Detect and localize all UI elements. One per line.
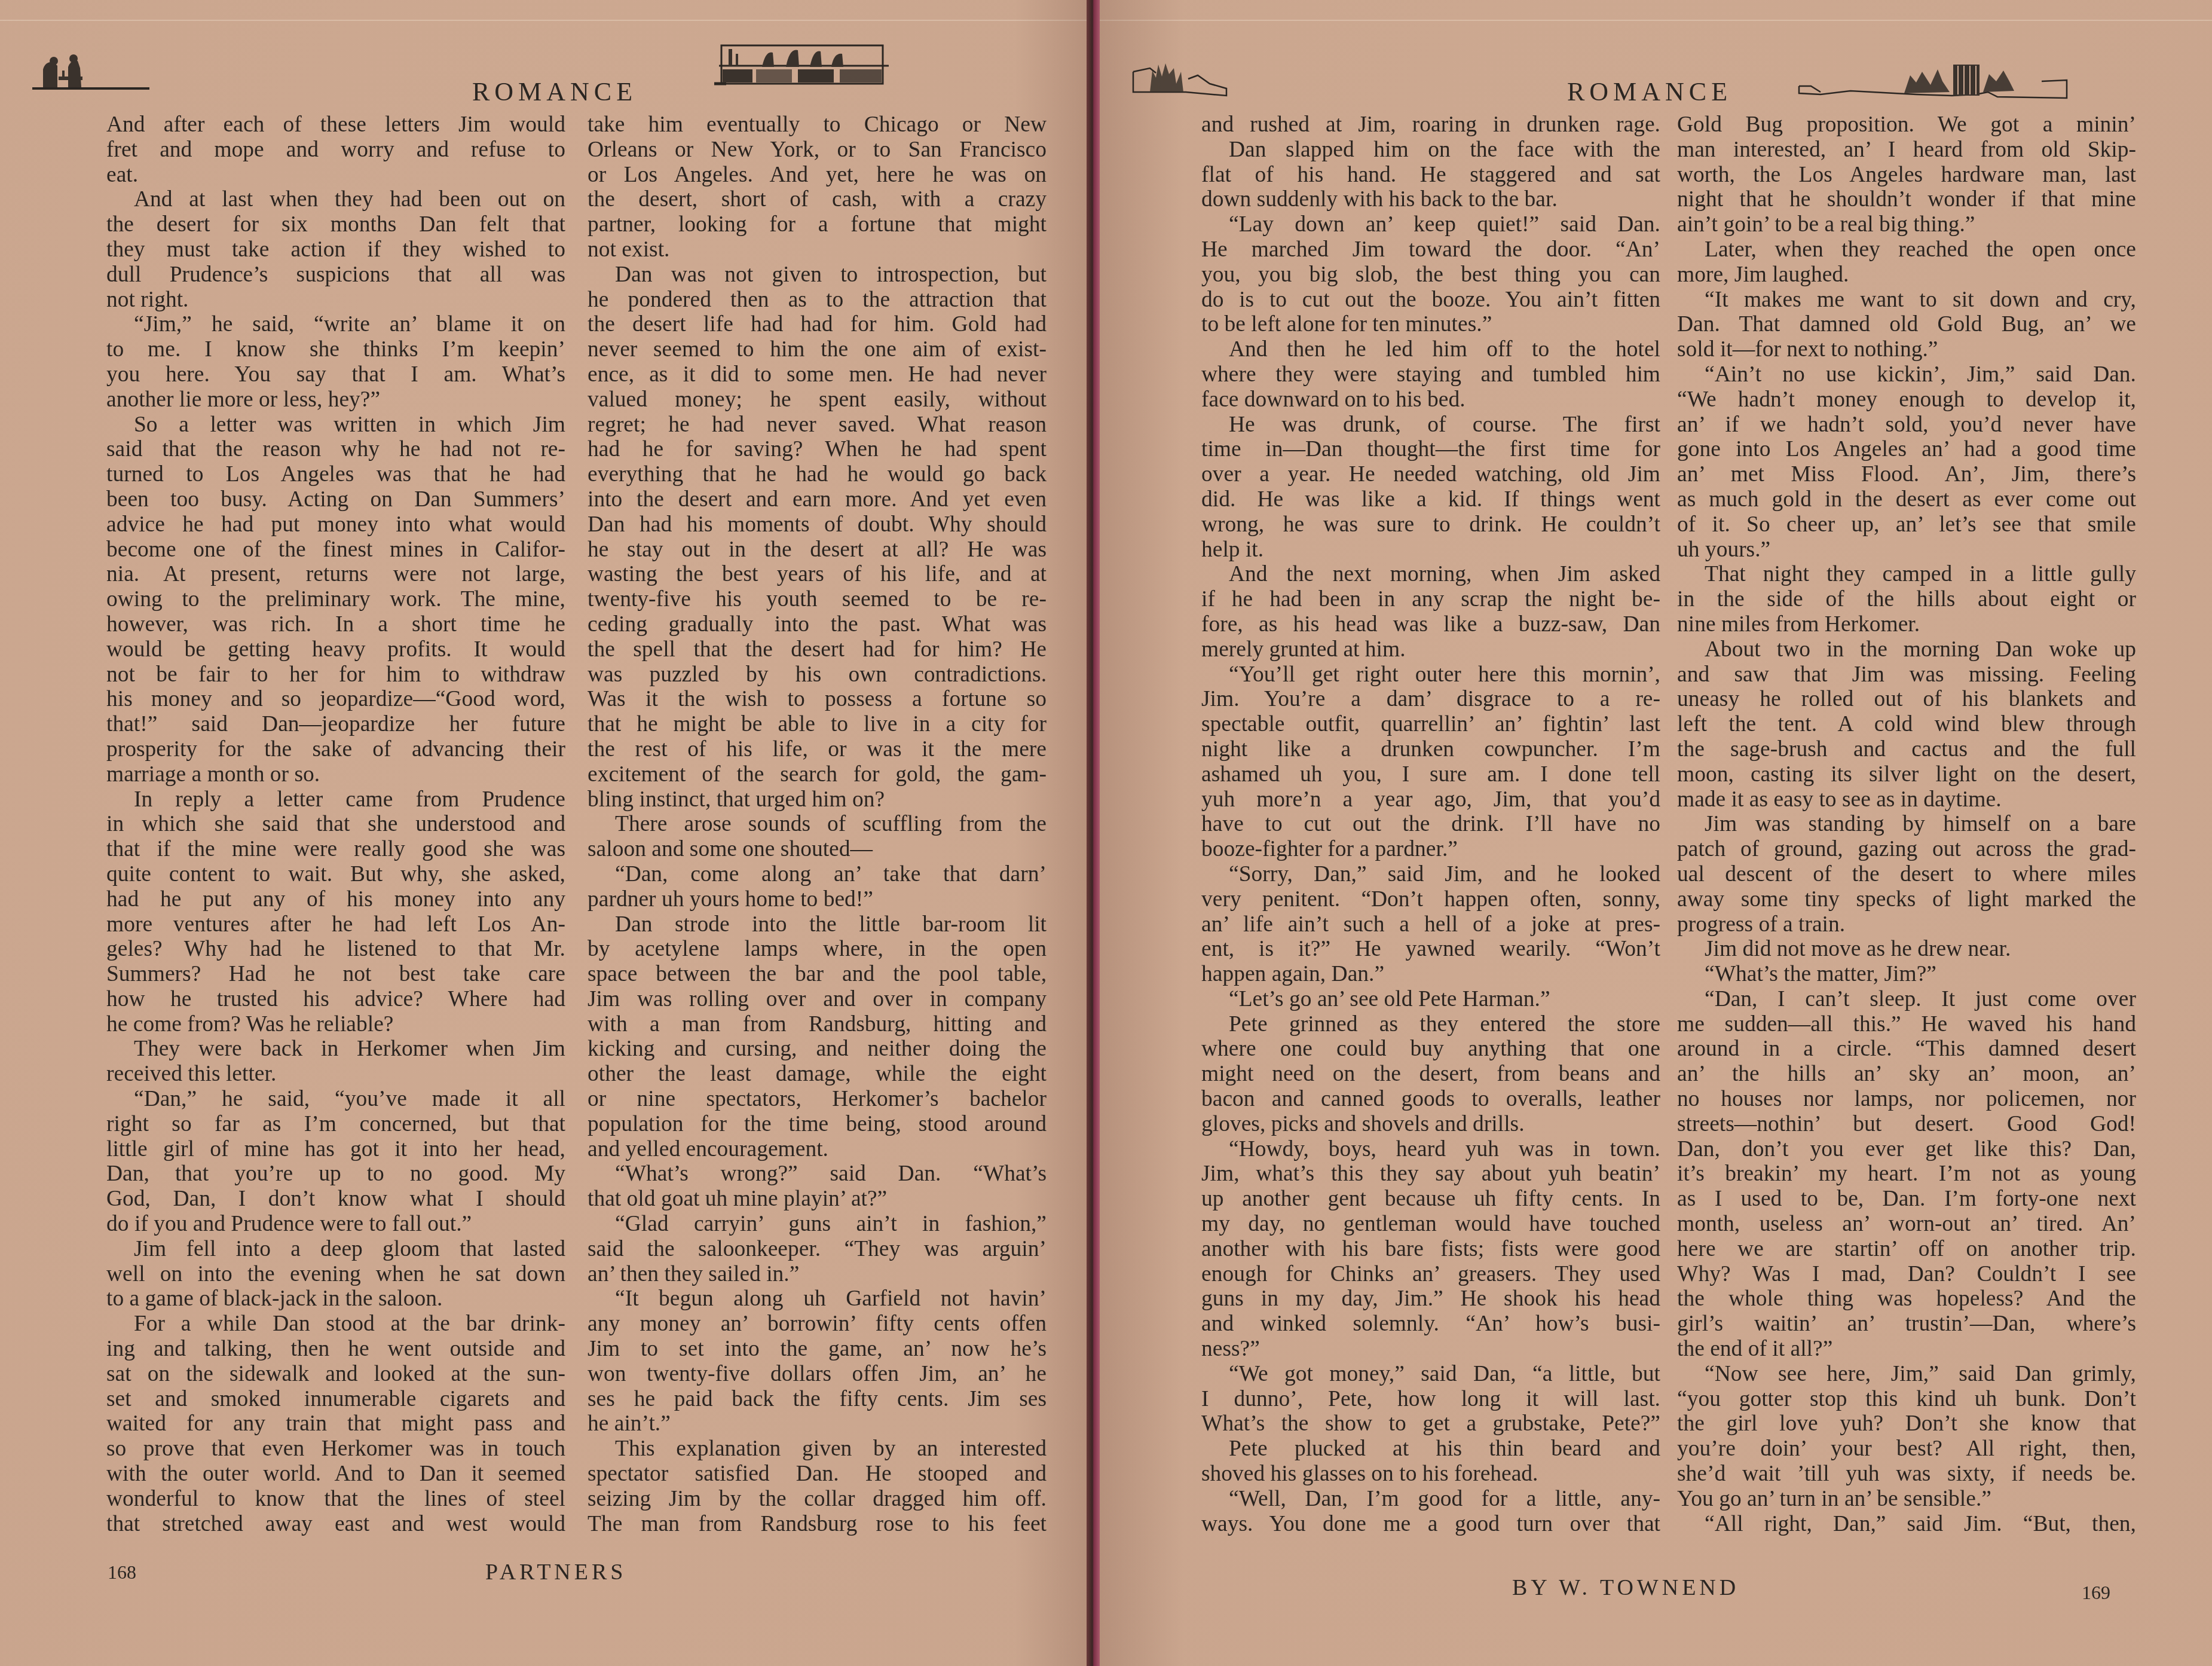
text-line: Orleans or New York, or to San Francisco — [588, 137, 1047, 163]
text-line: me sudden—all this.” He waved his hand — [1677, 1012, 2136, 1037]
text-line: in which she said that she understood an… — [106, 812, 565, 837]
text-line: and winked solemnly. “An’ how’s busi- — [1201, 1312, 1660, 1337]
text-line: everything that he had he would go back — [588, 462, 1047, 487]
text-line: The man from Randsburg rose to his feet — [588, 1512, 1047, 1537]
text-line: had he for saving? When he had spent — [588, 437, 1047, 462]
text-line: Pete plucked at his thin beard and — [1201, 1436, 1660, 1462]
text-line: And at last when they had been out on — [106, 187, 565, 212]
text-line: Dan, that you’re up to no good. My — [106, 1161, 565, 1187]
text-line: up another gent because uh fifty cents. … — [1201, 1187, 1660, 1212]
text-line: they must take action if they wished to — [106, 237, 565, 262]
text-line: guns in my day, Jim.” He shook his head — [1201, 1286, 1660, 1312]
text-line: Summers? Had he not best take care — [106, 962, 565, 987]
text-line: night that he shouldn’t wonder if that m… — [1677, 187, 2136, 212]
text-line: “Dan, I can’t sleep. It just come over — [1677, 987, 2136, 1012]
text-line: month, useless an’ worn-out an’ tired. A… — [1677, 1212, 2136, 1237]
text-line: He was drunk, of course. The first — [1201, 412, 1660, 438]
card-players-illustration-icon — [30, 45, 281, 93]
text-line: you’re doin’ your best? All right, then, — [1677, 1436, 2136, 1462]
text-line: set and smoked innumerable cigarets and — [106, 1387, 565, 1412]
text-line: wasting the best years of his life, and … — [588, 562, 1047, 587]
text-line: marriage a month or so. — [106, 762, 565, 787]
text-line: “you gotter stop this kind uh bunk. Don’… — [1677, 1387, 2136, 1412]
text-line: to a game of black-jack in the saloon. — [106, 1286, 565, 1312]
text-line: would be getting heavy profits. It would — [106, 637, 565, 662]
text-line: the rest of his life, or was it the mere — [588, 737, 1047, 762]
text-line: was puzzled by his own contradictions. — [588, 662, 1047, 687]
text-line: more, Jim laughed. — [1677, 262, 2136, 288]
text-line: the whole thing was hopeless? And the — [1677, 1286, 2136, 1312]
text-line: an’ the hills an’ sky an’ moon, an’ — [1677, 1062, 2136, 1087]
text-line: the desert for six months Dan felt that — [106, 212, 565, 237]
text-line: That night they camped in a little gully — [1677, 562, 2136, 587]
text-line: not be fair to her for him to withdraw — [106, 662, 565, 687]
text-line: Dan, don’t you ever get like this? Dan, — [1677, 1137, 2136, 1162]
text-line: ness?” — [1201, 1337, 1660, 1362]
text-line: another with his bare fists; fists were … — [1201, 1237, 1660, 1262]
text-line: “Glad carryin’ guns ain’t in fashion,” — [588, 1212, 1047, 1237]
right-running-header: ROMANCE — [1100, 55, 2212, 106]
text-line: dull Prudence’s suspicions that all was — [106, 262, 565, 288]
text-line: Jim was rolling over and over in company — [588, 987, 1047, 1012]
text-line: little girl of mine has got it into her … — [106, 1137, 565, 1162]
text-line: and saw that Jim was missing. Feeling — [1677, 662, 2136, 687]
text-line: and rushed at Jim, roaring in drunken ra… — [1201, 112, 1660, 137]
left-running-header: ROMANCE — [0, 55, 1087, 106]
text-line: the end of it all?” — [1677, 1337, 2136, 1362]
text-line: streets—nothin’ but desert. Good God! — [1677, 1112, 2136, 1137]
text-line: so prove that even Herkomer was in touch — [106, 1436, 565, 1462]
text-line: waited for any train that might pass and — [106, 1411, 565, 1436]
text-line: space between the bar and the pool table… — [588, 962, 1047, 987]
text-line: eat. — [106, 163, 565, 188]
text-line: the desert life had had for him. Gold ha… — [588, 312, 1047, 337]
text-line: Jim did not move as he drew near. — [1677, 937, 2136, 962]
desert-brush-illustration-icon — [1132, 60, 1228, 99]
text-line: “Dan, come along an’ take that darn’ — [588, 862, 1047, 887]
text-line: You go an’ turn in an’ be sensible.” — [1677, 1487, 2136, 1512]
left-page-column-2: take him eventually to Chicago or NewOrl… — [588, 112, 1047, 1536]
text-line: He marched Jim toward the door. “An’ — [1201, 237, 1660, 262]
text-line: booze-fighter for a pardner.” — [1201, 837, 1660, 862]
text-line: geles? Why had he listened to that Mr. — [106, 937, 565, 962]
text-line: flat of his hand. He staggered and sat — [1201, 163, 1660, 188]
footer-byline: BY W. TOWNEND — [1512, 1575, 1739, 1601]
page-number: 169 — [2082, 1582, 2110, 1604]
text-line: away some tiny specks of light marked th… — [1677, 887, 2136, 912]
text-line: Dan slapped him on the face with the — [1201, 137, 1660, 163]
text-line: that if the mine were really good she wa… — [106, 837, 565, 862]
text-line: he ain’t.” — [588, 1411, 1047, 1436]
text-line: ways. You done me a good turn over that — [1201, 1512, 1660, 1537]
text-line: moon, casting its silver light on the de… — [1677, 762, 2136, 787]
text-line: fret and mope and worry and refuse to — [106, 137, 565, 163]
page-crease — [0, 20, 1087, 21]
text-line: an’ met Miss Flood. An’, Jim, there’s — [1677, 462, 2136, 487]
text-line: the spell that the desert had for him? H… — [588, 637, 1047, 662]
text-line: he stay out in the desert at all? He was — [588, 537, 1047, 563]
text-line: twenty-five his youth seemed to be re- — [588, 587, 1047, 612]
text-line: Later, when they reached the open once — [1677, 237, 2136, 262]
text-line: do if you and Prudence were to fall out.… — [106, 1212, 565, 1237]
text-line: into the desert and earn more. And yet e… — [588, 487, 1047, 512]
text-line: where one could buy anything that one — [1201, 1037, 1660, 1062]
running-head: ROMANCE — [1567, 77, 1732, 107]
text-line: Was it the wish to possess a fortune so — [588, 687, 1047, 712]
text-line: do is to cut out the booze. You ain’t fi… — [1201, 288, 1660, 313]
text-line: have to cut out the drink. I’ll have no — [1201, 812, 1660, 837]
text-line: They were back in Herkomer when Jim — [106, 1037, 565, 1062]
text-line: Dan strode into the little bar-room lit — [588, 912, 1047, 937]
text-line: if he had been in any scrap the night be… — [1201, 587, 1660, 612]
text-line: made it as easy to see as in daytime. — [1677, 787, 2136, 812]
text-line: “We got money,” said Dan, “a little, but — [1201, 1362, 1660, 1387]
text-line: been too busy. Acting on Dan Summers’ — [106, 487, 565, 512]
text-line: excitement of the search for gold, the g… — [588, 762, 1047, 787]
gutter-shadow — [1100, 0, 1183, 1666]
text-line: sold it—for next to nothing.” — [1677, 337, 2136, 362]
text-line: Jim fell into a deep gloom that lasted — [106, 1237, 565, 1262]
text-line: saloon and some one shouted— — [588, 837, 1047, 862]
text-line: “What’s wrong?” said Dan. “What’s — [588, 1161, 1047, 1187]
text-line: he pondered then as to the attraction th… — [588, 288, 1047, 313]
right-page-column-1: and rushed at Jim, roaring in drunken ra… — [1201, 112, 1660, 1536]
text-line: kicking and cursing, and neither doing t… — [588, 1037, 1047, 1062]
text-line: left the tent. A cold wind blew through — [1677, 712, 2136, 737]
text-line: in the side of the hills about eight or — [1677, 587, 2136, 612]
text-line: I dunno’, Pete, how long it will last. — [1201, 1387, 1660, 1412]
text-line: face downward on to his bed. — [1201, 387, 1660, 412]
text-line: an’ if we hadn’t sold, you’d never have — [1677, 412, 2136, 438]
text-line: my day, no gentleman would have touched — [1201, 1212, 1660, 1237]
text-line: down suddenly with his back to the bar. — [1201, 187, 1660, 212]
text-line: regret; he had never saved. What reason — [588, 412, 1047, 438]
text-line: nine miles from Herkomer. — [1677, 612, 2136, 637]
text-line: “You’ll get right outer here this mornin… — [1201, 662, 1660, 687]
text-line: ence, as it did to some men. He had neve… — [588, 362, 1047, 387]
text-line: pardner uh yours home to bed!” — [588, 887, 1047, 912]
text-line: as much gold in the desert as ever come … — [1677, 487, 2136, 512]
text-line: merely grunted at him. — [1201, 637, 1660, 662]
text-line: not exist. — [588, 237, 1047, 262]
text-line: said that the reason why he had not re- — [106, 437, 565, 462]
text-line: “Now see here, Jim,” said Dan grimly, — [1677, 1362, 2136, 1387]
text-line: she’d wait ’till yuh was sixty, if needs… — [1677, 1462, 2136, 1487]
text-line: not right. — [106, 288, 565, 313]
text-line: bacon and canned goods to overalls, leat… — [1201, 1087, 1660, 1112]
text-line: you, you big slob, the best thing you ca… — [1201, 262, 1660, 288]
text-line: won twenty-five dollars offen Jim, an’ h… — [588, 1362, 1047, 1387]
footer-title: PARTNERS — [485, 1559, 627, 1585]
text-line: around in a circle. “This damned desert — [1677, 1037, 2136, 1062]
text-line: owing to the preliminary work. The mine, — [106, 587, 565, 612]
text-line: received this letter. — [106, 1062, 565, 1087]
text-line: enough for Chinks an’ greasers. They use… — [1201, 1262, 1660, 1287]
text-line: “Lay down an’ keep quiet!” said Dan. — [1201, 212, 1660, 237]
text-line: ing and talking, then he went outside an… — [106, 1337, 565, 1362]
text-line: right so far as I’m concerned, but that — [106, 1112, 565, 1137]
text-line: Jim. You’re a dam’ disgrace to a re- — [1201, 687, 1660, 712]
text-line: never seemed to him the one aim of exist… — [588, 337, 1047, 362]
text-line: “We hadn’t money enough to develop it, — [1677, 387, 2136, 412]
text-line: shoved his glasses on to his forehead. — [1201, 1462, 1660, 1487]
text-line: “Let’s go an’ see old Pete Harman.” — [1201, 987, 1660, 1012]
text-line: partner, looking for a fortune that migh… — [588, 212, 1047, 237]
text-line: patch of ground, gazing out across the g… — [1677, 837, 2136, 862]
text-line: Dan. That damned old Gold Bug, an’ we — [1677, 312, 2136, 337]
text-line: prosperity for the sake of advancing the… — [106, 737, 565, 762]
text-line: fore, as his head was like a buzz-saw, D… — [1201, 612, 1660, 637]
text-line: seizing Jim by the collar dragged him of… — [588, 1487, 1047, 1512]
text-line: And the next morning, when Jim asked — [1201, 562, 1660, 587]
text-line: yuh more’n a year ago, Jim, that you’d — [1201, 787, 1660, 812]
text-line: take him eventually to Chicago or New — [588, 112, 1047, 137]
text-line: uh yours.” — [1677, 537, 2136, 563]
text-line: About two in the morning Dan woke up — [1677, 637, 2136, 662]
text-line: gone into Los Angeles an’ had a good tim… — [1677, 437, 2136, 462]
text-line: the sage-brush and cactus and the full — [1677, 737, 2136, 762]
text-line: how he trusted his advice? Where had — [106, 987, 565, 1012]
text-line: become one of the finest mines in Califo… — [106, 537, 565, 563]
cactus-fence-illustration-icon — [1797, 63, 2072, 99]
text-line: Gold Bug proposition. We got a minin’ — [1677, 112, 2136, 137]
page-crease — [1100, 20, 2212, 21]
text-line: or nine spectators, Herkomer’s bachelor — [588, 1087, 1047, 1112]
left-page: ROMANCE — [0, 0, 1087, 1666]
text-line: an’ life ain’t such a hell of a joke at … — [1201, 912, 1660, 937]
left-page-column-1: And after each of these letters Jim woul… — [106, 112, 565, 1536]
text-line: over a year. He needed watching, old Jim — [1201, 462, 1660, 487]
text-line: Pete grinned as they entered the store — [1201, 1012, 1660, 1037]
text-line: very penitent. “Don’t happen often, sonn… — [1201, 887, 1660, 912]
text-line: God, Dan, I don’t know what I should — [106, 1187, 565, 1212]
text-line: time in—Dan thought—the first time for — [1201, 437, 1660, 462]
text-line: For a while Dan stood at the bar drink- — [106, 1312, 565, 1337]
text-line: ceding gradually into the past. What was — [588, 612, 1047, 637]
text-line: This explanation given by an interested — [588, 1436, 1047, 1462]
text-line: did. He was like a kid. If things went — [1201, 487, 1660, 512]
text-line: any money an’ borrowin’ fifty cents offe… — [588, 1312, 1047, 1337]
text-line: here we are startin’ off on another trip… — [1677, 1237, 2136, 1262]
text-line: or Los Angeles. And yet, here he was on — [588, 163, 1047, 188]
text-line: gloves, picks and shovels and drills. — [1201, 1112, 1660, 1137]
text-line: “Dan,” he said, “you’ve made it all — [106, 1087, 565, 1112]
text-line: So a letter was written in which Jim — [106, 412, 565, 438]
text-line: advice he had put money into what would — [106, 512, 565, 537]
text-line: no houses nor lamps, nor policemen, nor — [1677, 1087, 2136, 1112]
text-line: had he put any of his money into any — [106, 887, 565, 912]
running-head: ROMANCE — [472, 77, 637, 107]
text-line: the girl love yuh? Don’t she know that — [1677, 1411, 2136, 1436]
text-line: population for the time being, stood aro… — [588, 1112, 1047, 1137]
text-line: “Howdy, boys, heard yuh was in town. — [1201, 1137, 1660, 1162]
text-line: said the saloonkeeper. “They was arguin’ — [588, 1237, 1047, 1262]
text-line: as I used to be, Dan. I’m forty-one next — [1677, 1187, 2136, 1212]
text-line: that old goat uh mine playin’ at?” — [588, 1187, 1047, 1212]
text-line: to me. I know she thinks I’m keepin’ — [106, 337, 565, 362]
text-line: happen again, Dan.” — [1201, 962, 1660, 987]
text-line: ashamed uh you, I sure am. I done tell — [1201, 762, 1660, 787]
text-line: man interested, an’ I heard from old Ski… — [1677, 137, 2136, 163]
text-line: There arose sounds of scuffling from the — [588, 812, 1047, 837]
text-line: bling instinct, that urged him on? — [588, 787, 1047, 812]
text-line: you here. You say that I am. What’s — [106, 362, 565, 387]
text-line: that!” said Dan—jeopardize her future — [106, 712, 565, 737]
text-line: that stretched away east and west would — [106, 1512, 565, 1537]
text-line: turned to Los Angeles was that he had — [106, 462, 565, 487]
text-line: girl’s waitin’ an’ trustin’—Dan, where’s — [1677, 1312, 2136, 1337]
text-line: it’s breakin’ my heart. I’m not as young — [1677, 1161, 2136, 1187]
text-line: valued money; he spent easily, without — [588, 387, 1047, 412]
text-line: nia. At present, returns were not large, — [106, 562, 565, 587]
text-line: uneasy he rolled out of his blankets and — [1677, 687, 2136, 712]
text-line: with the outer world. And to Dan it seem… — [106, 1462, 565, 1487]
text-line: night like a drunken cowpuncher. I’m — [1201, 737, 1660, 762]
text-line: by acetylene lamps where, in the open — [588, 937, 1047, 962]
text-line: wonderful to know that the lines of stee… — [106, 1487, 565, 1512]
text-line: the desert, short of cash, with a crazy — [588, 187, 1047, 212]
text-line: his money and so jeopardize—“Good word, — [106, 687, 565, 712]
text-line: other the least damage, while the eight — [588, 1062, 1047, 1087]
text-line: well on into the evening when he sat dow… — [106, 1262, 565, 1287]
text-line: “Jim,” he said, “write an’ blame it on — [106, 312, 565, 337]
text-line: In reply a letter came from Prudence — [106, 787, 565, 812]
text-line: worth, the Los Angeles hardware man, las… — [1677, 163, 2136, 188]
text-line: Why? Was I mad, Dan? Couldn’t I see — [1677, 1262, 2136, 1287]
text-line: another lie more or less, hey?” — [106, 387, 565, 412]
text-line: he come from? Was he reliable? — [106, 1012, 565, 1037]
text-line: Jim to set into the game, an’ now he’s — [588, 1337, 1047, 1362]
text-line: ain’t goin’ to be a real big thing.” — [1677, 212, 2136, 237]
text-line: sat on the sidewalk and looked at the su… — [106, 1362, 565, 1387]
text-line: might need on the desert, from beans and — [1201, 1062, 1660, 1087]
text-line: wrong, he was sure to drink. He couldn’t — [1201, 512, 1660, 537]
text-line: of it. So cheer up, an’ let’s see that s… — [1677, 512, 2136, 537]
text-line: “What’s the matter, Jim?” — [1677, 962, 2136, 987]
book-spine — [1087, 0, 1100, 1666]
text-line: quite content to wait. But why, she aske… — [106, 862, 565, 887]
text-line: to be left alone for ten minutes.” — [1201, 312, 1660, 337]
text-line: an’ then they sailed in.” — [588, 1262, 1047, 1287]
text-line: where they were staying and tumbled him — [1201, 362, 1660, 387]
text-line: Jim was standing by himself on a bare — [1677, 812, 2136, 837]
text-line: and yelled encouragement. — [588, 1137, 1047, 1162]
text-line: Jim, what’s this they say about yuh beat… — [1201, 1161, 1660, 1187]
right-page-column-2: Gold Bug proposition. We got a minin’man… — [1677, 112, 2136, 1536]
text-line: that he might be able to live in a city … — [588, 712, 1047, 737]
text-line: And after each of these letters Jim woul… — [106, 112, 565, 137]
text-line: “All right, Dan,” said Jim. “But, then, — [1677, 1512, 2136, 1537]
text-line: “Sorry, Dan,” said Jim, and he looked — [1201, 862, 1660, 887]
text-line: with a man from Randsburg, hitting and — [588, 1012, 1047, 1037]
text-line: And then he led him off to the hotel — [1201, 337, 1660, 362]
text-line: progress of a train. — [1677, 912, 2136, 937]
text-line: “It makes me want to sit down and cry, — [1677, 288, 2136, 313]
book-spread: ROMANCE — [0, 0, 2212, 1666]
text-line: “Ain’t no use kickin’, Jim,” said Dan. — [1677, 362, 2136, 387]
text-line: help it. — [1201, 537, 1660, 563]
text-line: What’s the show to get a grubstake, Pete… — [1201, 1411, 1660, 1436]
text-line: however, was rich. In a short time he — [106, 612, 565, 637]
text-line: ent, is it?” He yawned wearily. “Won’t — [1201, 937, 1660, 962]
page-number: 168 — [108, 1561, 136, 1584]
text-line: Dan was not given to introspection, but — [588, 262, 1047, 288]
text-line: spectable outfit, quarrellin’ an’ fighti… — [1201, 712, 1660, 737]
saloon-bar-illustration-icon — [714, 43, 894, 90]
right-page: ROMANCE — [1100, 0, 2212, 1666]
text-line: more ventures after he had left Los An- — [106, 912, 565, 937]
text-line: Dan had his moments of doubt. Why should — [588, 512, 1047, 537]
text-line: spectator satisfied Dan. He stooped and — [588, 1462, 1047, 1487]
text-line: ual descent of the desert to where miles — [1677, 862, 2136, 887]
text-line: “It begun along uh Garfield not havin’ — [588, 1286, 1047, 1312]
text-line: “Well, Dan, I’m good for a little, any- — [1201, 1487, 1660, 1512]
text-line: ses he paid back the fifty cents. Jim se… — [588, 1387, 1047, 1412]
